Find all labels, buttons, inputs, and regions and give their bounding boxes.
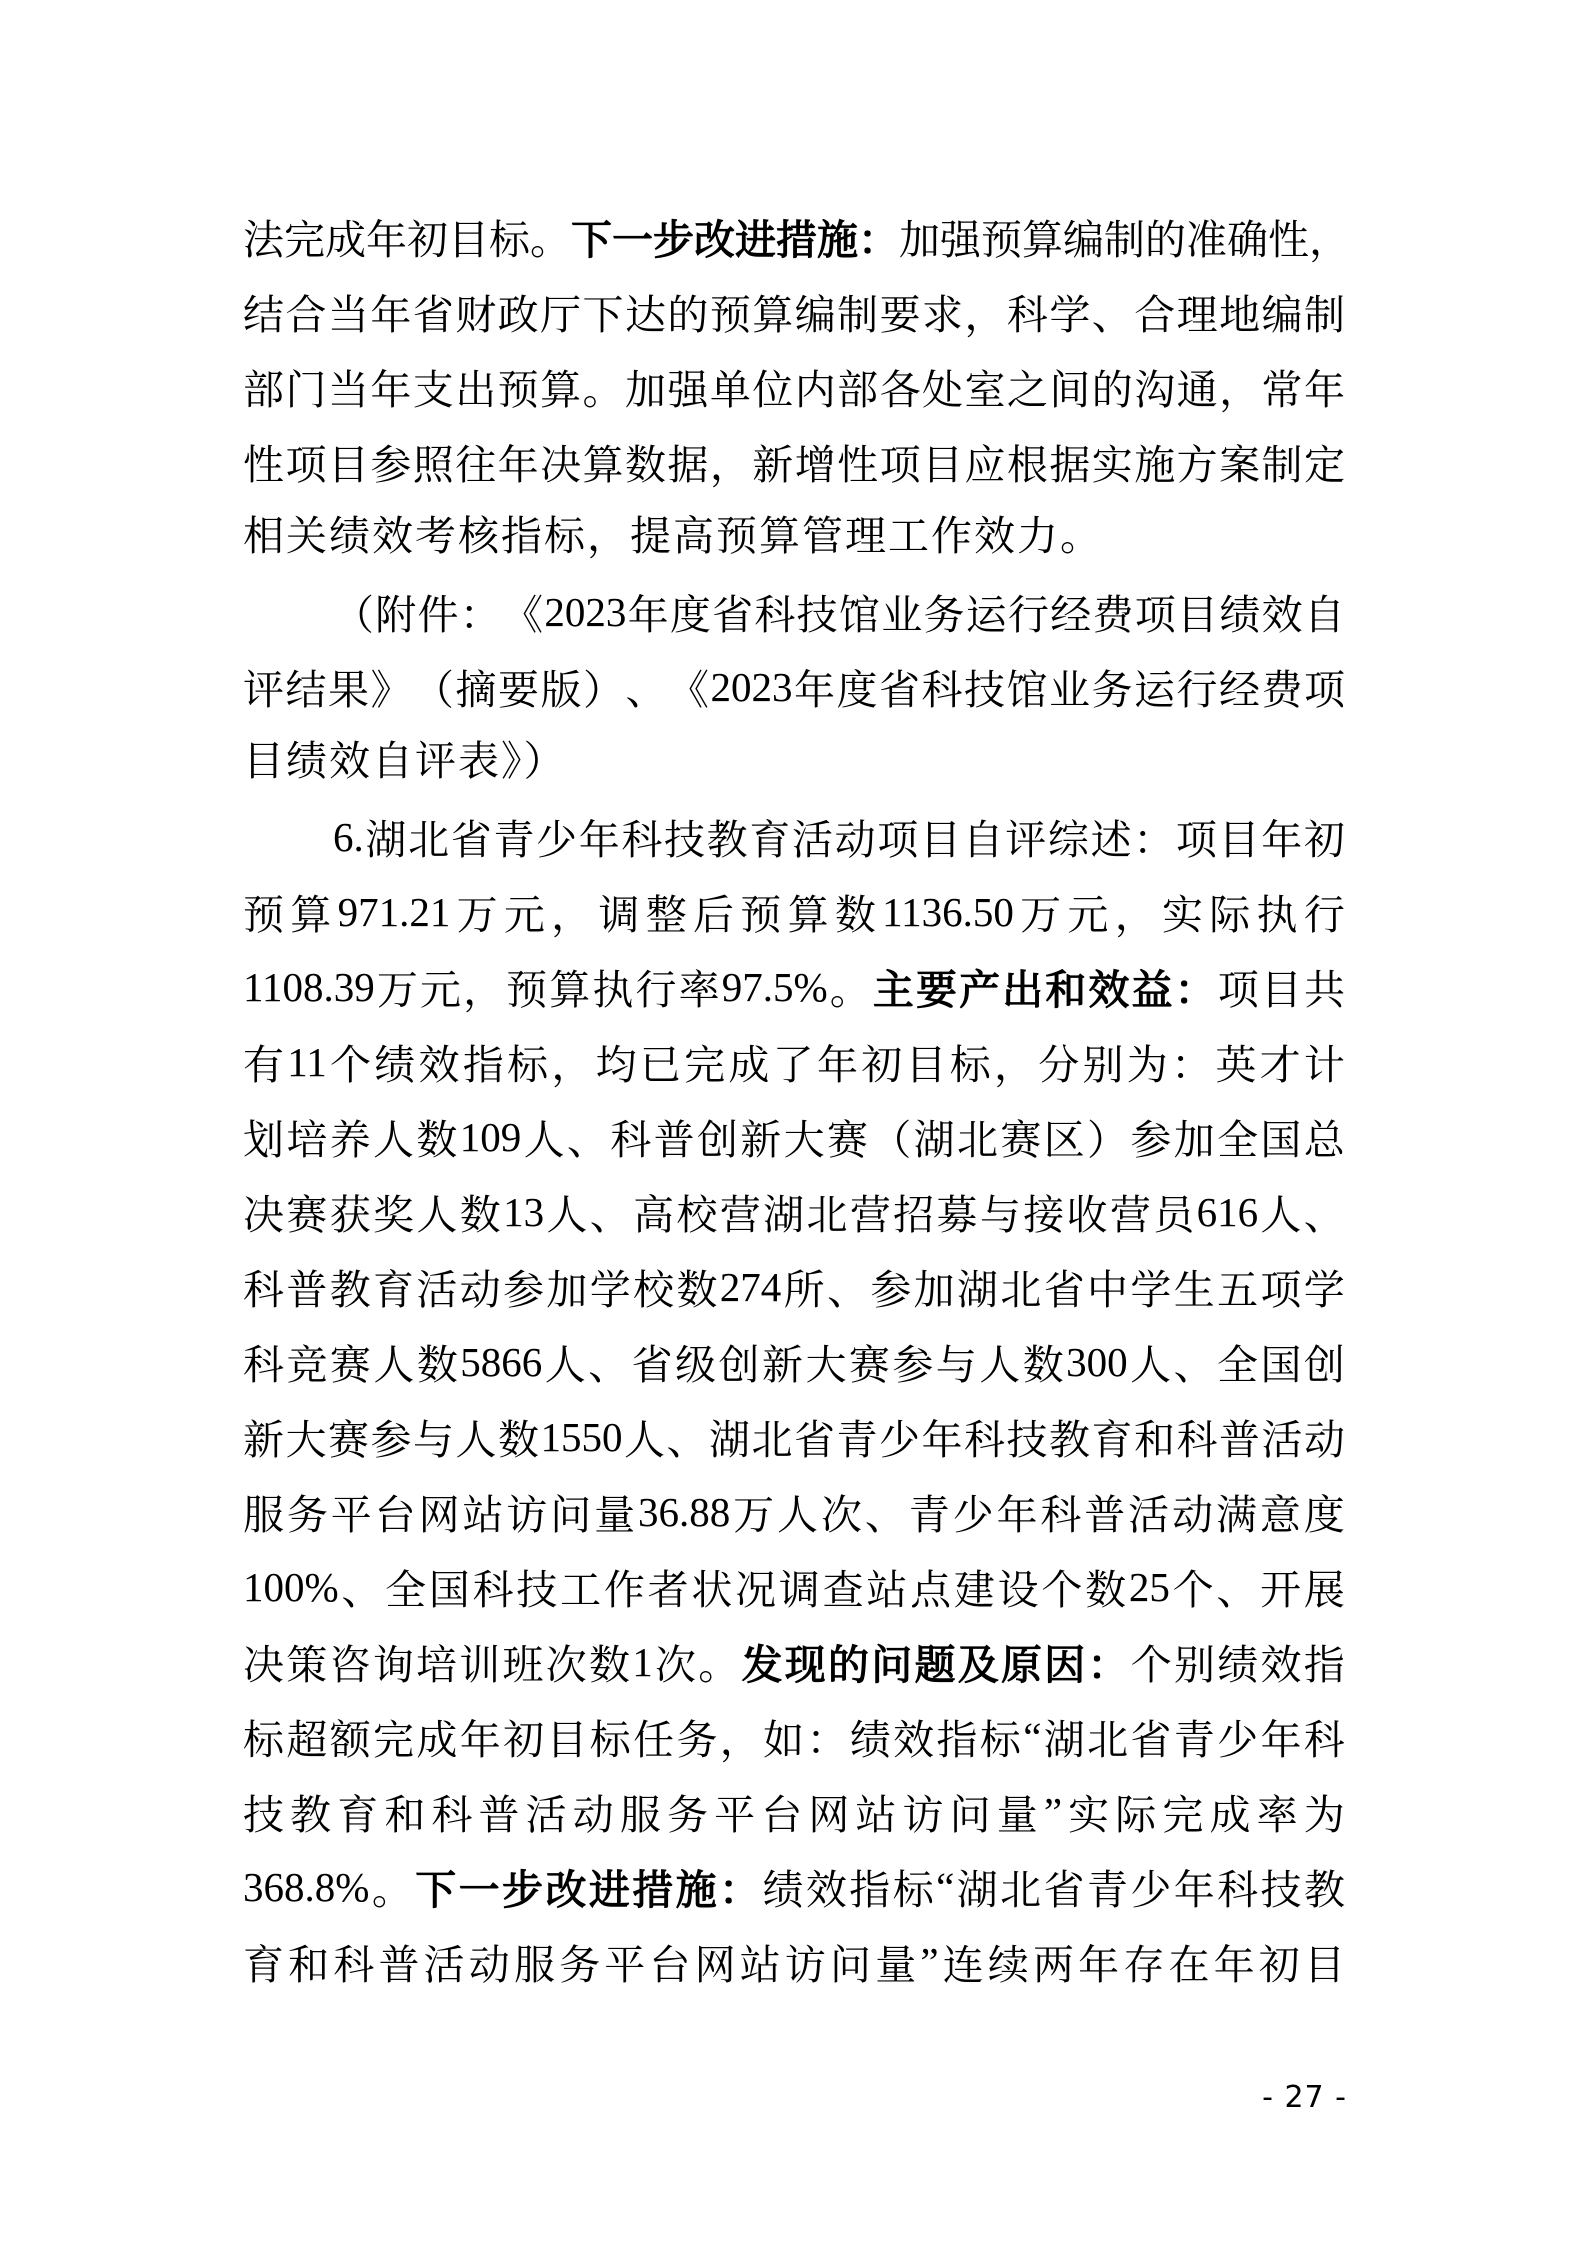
text-unit: 完 <box>1162 1782 1203 1841</box>
text-unit: 人 <box>373 1332 414 1391</box>
text-unit: 》 <box>371 657 412 716</box>
text-line: 法完成年初目标。下一步改进措施：加强预算编制的准确性， <box>243 199 1345 274</box>
text-unit: 加 <box>546 1257 587 1316</box>
text-unit: 结 <box>243 282 284 341</box>
text-unit: 普 <box>1219 1407 1260 1466</box>
text-unit: 策 <box>286 1632 327 1691</box>
text-unit: 网 <box>808 1782 849 1841</box>
text-unit: 与 <box>936 1332 977 1391</box>
text-unit: 根 <box>1007 432 1048 491</box>
text-unit: 普 <box>378 1932 419 1991</box>
text-unit: 培 <box>286 1107 327 1166</box>
text-unit: 、 <box>827 1257 868 1316</box>
text-unit: 动 <box>1304 1407 1345 1466</box>
text-unit: 个 <box>1173 1557 1214 1616</box>
text-unit: 目 <box>1261 957 1302 1016</box>
text-unit: ” <box>1044 1788 1062 1836</box>
bold-text-unit: 施 <box>817 207 858 266</box>
text-line: 科普教育活动参加学校数274所、参加湖北省中学生五项学 <box>243 1249 1345 1324</box>
text-unit: 616 <box>1197 1188 1259 1236</box>
text-unit: 数 <box>498 1407 539 1466</box>
text-unit: 科 <box>754 582 795 641</box>
text-unit: 成 <box>325 207 366 266</box>
text-unit: 的 <box>667 282 708 341</box>
text-line: 100%、全国科技工作者状况调查站点建设个数25个、开展 <box>243 1549 1345 1624</box>
text-unit: 之 <box>1007 357 1048 416</box>
text-unit: 综 <box>1048 807 1089 866</box>
text-unit: “ <box>1023 1713 1041 1761</box>
text-unit: 超 <box>286 1707 327 1766</box>
text-unit: 预 <box>740 882 781 941</box>
text-unit: 国 <box>1260 1332 1301 1391</box>
text-unit: 年 <box>370 357 411 416</box>
text-unit: 服 <box>620 1782 661 1841</box>
text-unit: 数 <box>676 1257 717 1316</box>
text-unit: 教 <box>707 807 748 866</box>
text-unit: 预 <box>981 207 1022 266</box>
text-unit: 法 <box>243 207 284 266</box>
text-unit: 别 <box>1174 1632 1215 1691</box>
text-unit: ” <box>920 1938 938 1986</box>
text-unit: 36.88 <box>638 1488 730 1536</box>
text-unit: 标 <box>489 207 530 266</box>
text-unit: 年 <box>997 1482 1038 1541</box>
text-unit: 为 <box>1127 1032 1168 1091</box>
text-unit: 青 <box>493 807 534 866</box>
text-unit: 、 <box>667 1407 708 1466</box>
bold-text-unit: ： <box>1088 1632 1129 1691</box>
text-unit: 全 <box>1217 1107 1258 1166</box>
text-unit: 服 <box>514 1932 555 1991</box>
text-unit: 两 <box>1033 1932 1074 1991</box>
text-unit: 工 <box>560 1557 601 1616</box>
text-unit: 性 <box>243 432 284 491</box>
text-unit: 参 <box>892 1332 933 1391</box>
text-unit: ， <box>1309 207 1350 266</box>
text-unit: 技 <box>797 582 838 641</box>
text-unit: 技 <box>243 1782 284 1841</box>
text-unit: 科 <box>964 1407 1005 1466</box>
text-unit: 中 <box>1087 1257 1128 1316</box>
bold-text-unit: ： <box>1175 957 1216 1016</box>
text-line: 预算971.21万元，调整后预算数1136.50万元，实际执行 <box>243 874 1345 949</box>
bold-text-unit: 改 <box>694 207 735 266</box>
bold-text-unit: 步 <box>653 207 694 266</box>
text-unit: 实 <box>1092 432 1133 491</box>
text-unit: 算 <box>1022 207 1063 266</box>
text-unit: 学 <box>1049 282 1090 341</box>
text-unit: 274 <box>720 1263 782 1311</box>
text-line: 新大赛参与人数1550人、湖北省青少年科技教育和科普活动 <box>243 1399 1345 1474</box>
text-unit: 目 <box>1177 582 1218 641</box>
text-unit: 据 <box>667 432 708 491</box>
text-unit: 制 <box>1262 432 1303 491</box>
text-unit: 年 <box>1304 357 1345 416</box>
text-unit: 、 <box>1092 282 1133 341</box>
text-unit: 、 <box>865 1482 906 1541</box>
body-text: 法完成年初目标。下一步改进措施：加强预算编制的准确性，结合当年省财政厅下达的预算… <box>243 199 1345 1999</box>
text-unit: 年 <box>1214 1932 1255 1991</box>
text-unit: 参 <box>371 1407 412 1466</box>
text-unit: 执 <box>1257 882 1298 941</box>
text-unit: 目 <box>546 1707 587 1766</box>
text-unit: 参 <box>1130 1107 1171 1166</box>
text-unit: 1136.50 <box>882 888 1014 936</box>
text-unit: 指 <box>1304 1632 1345 1691</box>
text-unit: 创 <box>1304 1332 1345 1391</box>
text-unit: 年 <box>1174 1857 1215 1916</box>
text-unit: 6. <box>333 813 364 861</box>
text-unit: 确 <box>1227 207 1268 266</box>
text-unit: 出 <box>455 357 496 416</box>
text-unit: 青 <box>837 1407 878 1466</box>
text-unit: 大 <box>286 1407 327 1466</box>
text-unit: 年 <box>498 432 539 491</box>
text-unit: 学 <box>1130 1257 1171 1316</box>
text-unit: 的 <box>1145 207 1186 266</box>
text-unit: ： <box>460 582 501 641</box>
text-unit: 存 <box>1123 1932 1164 1991</box>
text-line: 划培养人数109人、科普创新大赛（湖北赛区）参加全国总 <box>243 1099 1345 1174</box>
text-unit: 项 <box>285 432 326 491</box>
text-line: 6.湖北省青少年科技教育活动项目自评综述：项目年初 <box>243 799 1345 874</box>
text-unit: 、 <box>588 1332 629 1391</box>
text-unit: 育 <box>1092 1407 1133 1466</box>
text-unit: 初 <box>1259 1932 1300 1991</box>
text-unit: 数 <box>416 1107 457 1166</box>
text-unit: 准 <box>1186 207 1227 266</box>
text-unit: 省 <box>879 657 920 716</box>
text-unit: 决 <box>540 432 581 491</box>
text-unit: 北 <box>1000 1257 1041 1316</box>
text-unit: 少 <box>536 807 577 866</box>
text-unit: 均 <box>596 1032 637 1091</box>
bold-text-unit: 原 <box>1001 1632 1042 1691</box>
text-unit: 普 <box>654 1107 695 1166</box>
text-line: 技教育和科普活动服务平台网站访问量”实际完成率为 <box>243 1774 1345 1849</box>
bold-text-unit: 的 <box>828 1632 869 1691</box>
text-unit: 湖 <box>1044 1707 1085 1766</box>
text-unit: 网 <box>419 1482 460 1541</box>
text-unit: 共 <box>1304 957 1345 1016</box>
text-line: 有11个绩效指标，均已完成了年初目标，分别为：英才计 <box>243 1024 1345 1099</box>
text-unit: 当 <box>328 357 369 416</box>
text-unit: 人 <box>624 1407 665 1466</box>
text-unit: 项 <box>1304 657 1345 716</box>
text-unit: 项 <box>880 432 921 491</box>
text-unit: 的 <box>1092 357 1133 416</box>
text-unit: ， <box>964 282 1005 341</box>
text-unit: 新 <box>752 432 793 491</box>
text-unit: 省 <box>1044 1257 1085 1316</box>
text-unit: 连 <box>943 1932 984 1991</box>
text-unit: 划 <box>243 1107 284 1166</box>
text-unit: 所 <box>784 1257 825 1316</box>
text-unit: 效 <box>806 1857 847 1916</box>
text-line: 育和科普活动服务平台网站访问量”连续两年存在年初目 <box>243 1924 1345 1999</box>
text-unit: 1108.39 <box>243 963 375 1011</box>
text-line: 决赛获奖人数13人、高校营湖北营招募与接收营员616人、 <box>243 1174 1345 1249</box>
text-unit: 性 <box>837 432 878 491</box>
bold-text-unit: 一 <box>612 207 653 266</box>
text-unit: 年 <box>1078 1932 1119 1991</box>
text-unit: 照 <box>413 432 454 491</box>
text-unit: 元 <box>504 882 545 941</box>
text-unit: 技 <box>1261 1857 1302 1916</box>
text-unit: 、 <box>590 1182 631 1241</box>
text-unit: ， <box>463 957 504 1016</box>
text-unit: 活 <box>1128 1482 1169 1541</box>
text-unit: 大 <box>784 1107 825 1166</box>
text-unit: 量 <box>875 1932 916 1991</box>
text-unit: 湖 <box>957 1257 998 1316</box>
text-unit: 技 <box>664 807 705 866</box>
text-unit: ， <box>551 1032 592 1091</box>
text-unit: 教 <box>1049 1407 1090 1466</box>
page-number: - 27 - <box>1262 2080 1347 2115</box>
text-unit: 营 <box>1110 1182 1151 1241</box>
text-unit: 科 <box>473 1557 514 1616</box>
text-unit: 指 <box>937 1707 978 1766</box>
text-unit: 活 <box>526 1782 567 1841</box>
text-unit: 109 <box>460 1113 522 1161</box>
text-unit: 间 <box>1049 357 1090 416</box>
text-unit: 次 <box>655 1632 696 1691</box>
text-unit: 务 <box>559 1932 600 1991</box>
text-unit: 制 <box>837 282 878 341</box>
text-unit: ， <box>1219 357 1260 416</box>
text-unit: 状 <box>691 1557 732 1616</box>
text-unit: 活 <box>1262 1407 1303 1466</box>
text-unit: 加 <box>1174 1107 1215 1166</box>
text-unit: 五 <box>1217 1257 1258 1316</box>
text-unit: 馆 <box>839 582 880 641</box>
text-unit: 结 <box>286 657 327 716</box>
text-unit: 点 <box>910 1557 951 1616</box>
text-unit: 少 <box>1130 1857 1171 1916</box>
text-unit: 《 <box>502 582 543 641</box>
text-unit: 募 <box>937 1182 978 1241</box>
text-unit: 平 <box>714 1782 755 1841</box>
text-unit: 评 <box>1005 807 1046 866</box>
bold-text-unit: 主 <box>873 957 914 1016</box>
text-unit: 动 <box>460 1257 501 1316</box>
text-unit: 省 <box>1044 1857 1085 1916</box>
text-unit: 额 <box>330 1707 371 1766</box>
text-unit: 强 <box>940 207 981 266</box>
text-unit: 门 <box>285 357 326 416</box>
text-unit: 5866 <box>460 1338 542 1386</box>
text-unit: 数 <box>417 1332 458 1391</box>
text-unit: 才 <box>1260 1032 1301 1091</box>
text-unit: 指 <box>849 1857 890 1916</box>
text-unit: 、 <box>1304 1182 1345 1241</box>
text-unit: 项 <box>877 807 918 866</box>
text-unit: 新 <box>740 1107 781 1166</box>
text-unit: 1 <box>632 1638 653 1686</box>
text-unit: ， <box>720 1707 761 1766</box>
text-unit: 合 <box>285 282 326 341</box>
text-unit: 北 <box>957 1107 998 1166</box>
text-unit: 万 <box>1020 882 1061 941</box>
text-unit: 员 <box>1153 1182 1194 1241</box>
bold-text-unit: 产 <box>959 957 1000 1016</box>
text-unit: 参 <box>870 1257 911 1316</box>
text-unit: （ <box>413 657 454 716</box>
text-unit: 接 <box>1023 1182 1064 1241</box>
text-unit: 为 <box>1304 1782 1345 1841</box>
text-unit: 元 <box>420 957 461 1016</box>
text-unit: 科 <box>610 1107 651 1166</box>
bold-text-unit: 步 <box>502 1857 543 1916</box>
text-unit: 达 <box>625 282 666 341</box>
text-unit: 省 <box>413 282 454 341</box>
text-unit: 年 <box>628 582 669 641</box>
text-unit: 当 <box>328 282 369 341</box>
text-unit: 赛 <box>827 1107 868 1166</box>
text-unit: 全 <box>1217 1332 1258 1391</box>
text-unit: 北 <box>806 1182 847 1241</box>
text-unit: 个 <box>1041 1557 1082 1616</box>
text-unit: 赛 <box>1000 1107 1041 1166</box>
text-unit: 2023 <box>544 588 626 636</box>
text-unit: 普 <box>1084 1482 1125 1541</box>
text-unit: ： <box>1171 1032 1212 1091</box>
text-unit: 人 <box>777 1482 818 1541</box>
text-unit: 度 <box>837 657 878 716</box>
text-run: 相关绩效考核指标，提高预算管理工作效力。 <box>243 513 1103 559</box>
text-unit: 数 <box>1023 1332 1064 1391</box>
text-line: 性项目参照往年决算数据，新增性项目应根据实施方案制定 <box>243 424 1345 499</box>
text-unit: 年 <box>1260 1707 1301 1766</box>
text-unit: ， <box>1115 882 1156 941</box>
text-unit: 年 <box>1261 807 1302 866</box>
text-unit: 查 <box>823 1557 864 1616</box>
text-unit: 整 <box>646 882 687 941</box>
text-unit: 竞 <box>286 1332 327 1391</box>
bold-text-unit: 效 <box>1088 957 1129 1016</box>
bold-text-unit: 因 <box>1044 1632 1085 1691</box>
text-unit: 加 <box>899 207 940 266</box>
text-unit: 预 <box>498 357 539 416</box>
text-unit: 赛 <box>328 1407 369 1466</box>
text-unit: 际 <box>1209 882 1250 941</box>
text-unit: 生 <box>1174 1257 1215 1316</box>
bold-text-unit: 一 <box>459 1857 500 1916</box>
bold-text-unit: 及 <box>958 1632 999 1691</box>
text-unit: 平 <box>331 1482 372 1541</box>
text-unit: 编 <box>795 282 836 341</box>
text-unit: 处 <box>922 357 963 416</box>
bold-text-unit: 发 <box>742 1632 783 1691</box>
text-unit: 展 <box>1304 1557 1345 1616</box>
text-unit: 1550 <box>541 1413 623 1461</box>
text-unit: 万 <box>733 1482 774 1541</box>
text-unit: 数 <box>835 882 876 941</box>
text-unit: 科 <box>621 807 662 866</box>
text-unit: 务 <box>667 1782 708 1841</box>
text-unit: 者 <box>648 1557 689 1616</box>
text-unit: 校 <box>633 1257 674 1316</box>
text-unit: 营 <box>850 1182 891 1241</box>
text-unit: 下 <box>583 282 624 341</box>
text-unit: 理 <box>1177 282 1218 341</box>
text-unit: 量 <box>594 1482 635 1541</box>
text-unit: 况 <box>735 1557 776 1616</box>
text-unit: 计 <box>1304 1032 1345 1091</box>
text-unit: 全 <box>385 1557 426 1616</box>
text-unit: 算 <box>290 882 331 941</box>
text-unit: 续 <box>988 1932 1029 1991</box>
text-unit: 标 <box>950 1032 991 1091</box>
text-unit: 年 <box>922 1407 963 1466</box>
text-unit: 调 <box>598 882 639 941</box>
text-unit: 个 <box>330 1032 371 1091</box>
text-unit: 省 <box>451 807 492 866</box>
text-unit: 。 <box>530 207 571 266</box>
text-unit: 费 <box>1093 582 1134 641</box>
text-unit: 站 <box>866 1557 907 1616</box>
text-unit: 问 <box>830 1932 871 1991</box>
text-unit: 运 <box>966 582 1007 641</box>
text-unit: 人 <box>546 1182 587 1241</box>
text-unit: 人 <box>1130 1332 1171 1391</box>
text-unit: 养 <box>330 1107 371 1166</box>
bold-text-unit: ： <box>719 1857 760 1916</box>
text-unit: 制 <box>1304 282 1345 341</box>
text-unit: 调 <box>779 1557 820 1616</box>
text-unit: 实 <box>1162 882 1203 941</box>
bold-text-unit: 下 <box>571 207 612 266</box>
text-unit: 案 <box>1219 432 1260 491</box>
text-unit: 教 <box>1304 1857 1345 1916</box>
text-unit: 普 <box>479 1782 520 1841</box>
text-unit: 国 <box>429 1557 470 1616</box>
text-unit: 创 <box>697 1107 738 1166</box>
text-unit: 级 <box>675 1332 716 1391</box>
text-unit: 科 <box>333 1932 374 1991</box>
text-unit: 目 <box>1304 1932 1345 1991</box>
text-unit: 少 <box>879 1407 920 1466</box>
text-unit: 部 <box>243 357 284 416</box>
text-unit: ： <box>1133 807 1174 866</box>
text-unit: 后 <box>693 882 734 941</box>
text-unit: 次 <box>546 1632 587 1691</box>
text-unit: 定 <box>1304 432 1345 491</box>
text-unit: 人 <box>456 1407 497 1466</box>
text-unit: 科 <box>243 1332 284 1391</box>
text-unit: 班 <box>503 1632 544 1691</box>
text-unit: 营 <box>720 1182 761 1241</box>
text-unit: 育 <box>749 807 790 866</box>
text-unit: 效 <box>419 1032 460 1091</box>
text-unit: 11 <box>287 1038 326 1086</box>
text-unit: 目 <box>905 1032 946 1091</box>
text-unit: 室 <box>964 357 1005 416</box>
text-unit: 咨 <box>330 1632 371 1691</box>
text-unit: 财 <box>455 282 496 341</box>
text-unit: 务 <box>1092 657 1133 716</box>
text-unit: 科 <box>243 1257 284 1316</box>
text-unit: 科 <box>1217 1857 1258 1916</box>
text-unit: 量 <box>997 1782 1038 1841</box>
text-unit: 活 <box>416 1257 457 1316</box>
text-unit: 台 <box>375 1482 416 1541</box>
text-unit: 访 <box>506 1482 547 1541</box>
text-unit: 行 <box>1008 582 1049 641</box>
text-unit: 湖 <box>957 1857 998 1916</box>
text-unit: 效 <box>1261 1632 1302 1691</box>
